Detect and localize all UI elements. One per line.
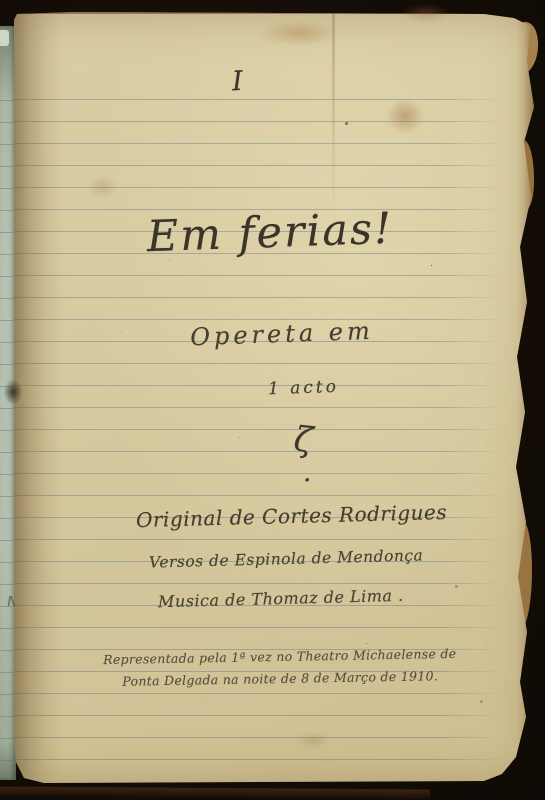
- gutter-shadow: [14, 12, 62, 784]
- cover-chip: [0, 30, 9, 46]
- deckle-edge: [517, 12, 535, 784]
- paper-crease: [332, 12, 335, 222]
- ink-blot: [4, 380, 22, 404]
- act-count-line: 1 acto: [268, 377, 340, 399]
- stain: [402, 4, 450, 22]
- stain: [88, 176, 118, 198]
- premiere-note: Representada pela 1ª vez no Theatro Mich…: [84, 643, 477, 693]
- stain: [296, 732, 330, 748]
- cover-bottom-edge: [0, 786, 430, 798]
- handwritten-title: Em ferias!: [127, 203, 413, 263]
- pencil-mark: [2, 596, 17, 606]
- section-numeral: I: [231, 66, 245, 98]
- stain: [258, 20, 340, 46]
- stain: [386, 98, 424, 134]
- manuscript-scan: I Em ferias! Opereta em 1 acto ζ . Origi…: [0, 0, 545, 800]
- squiggle-dot: .: [303, 458, 311, 488]
- foxing-specks: [0, 0, 3, 3]
